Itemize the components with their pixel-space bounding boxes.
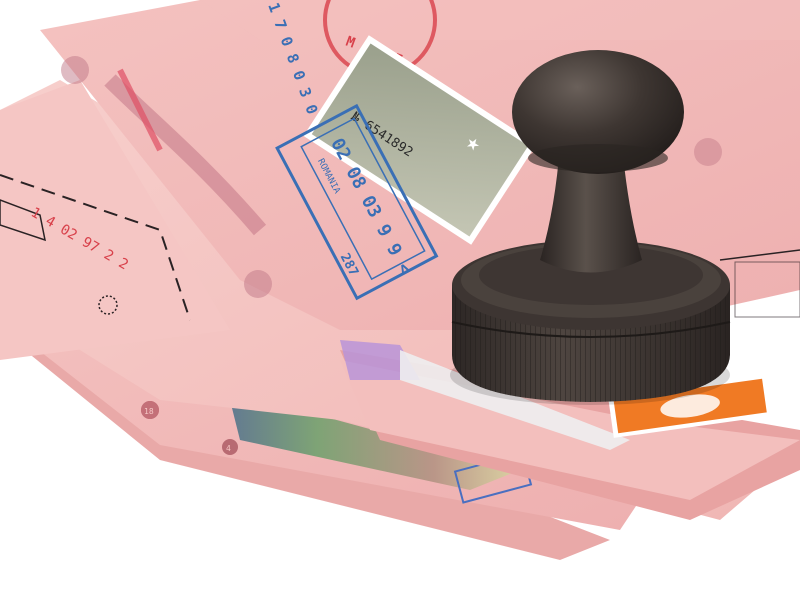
photo-illustration: 1 4 02 97 2 2 M A N I № 6541892 ★ 02 08 … <box>0 0 800 600</box>
passport-photo: 1 4 02 97 2 2 M A N I № 6541892 ★ 02 08 … <box>0 0 800 600</box>
page-number-bottom: 4 <box>226 444 231 453</box>
page-number-left: 18 <box>144 407 154 416</box>
